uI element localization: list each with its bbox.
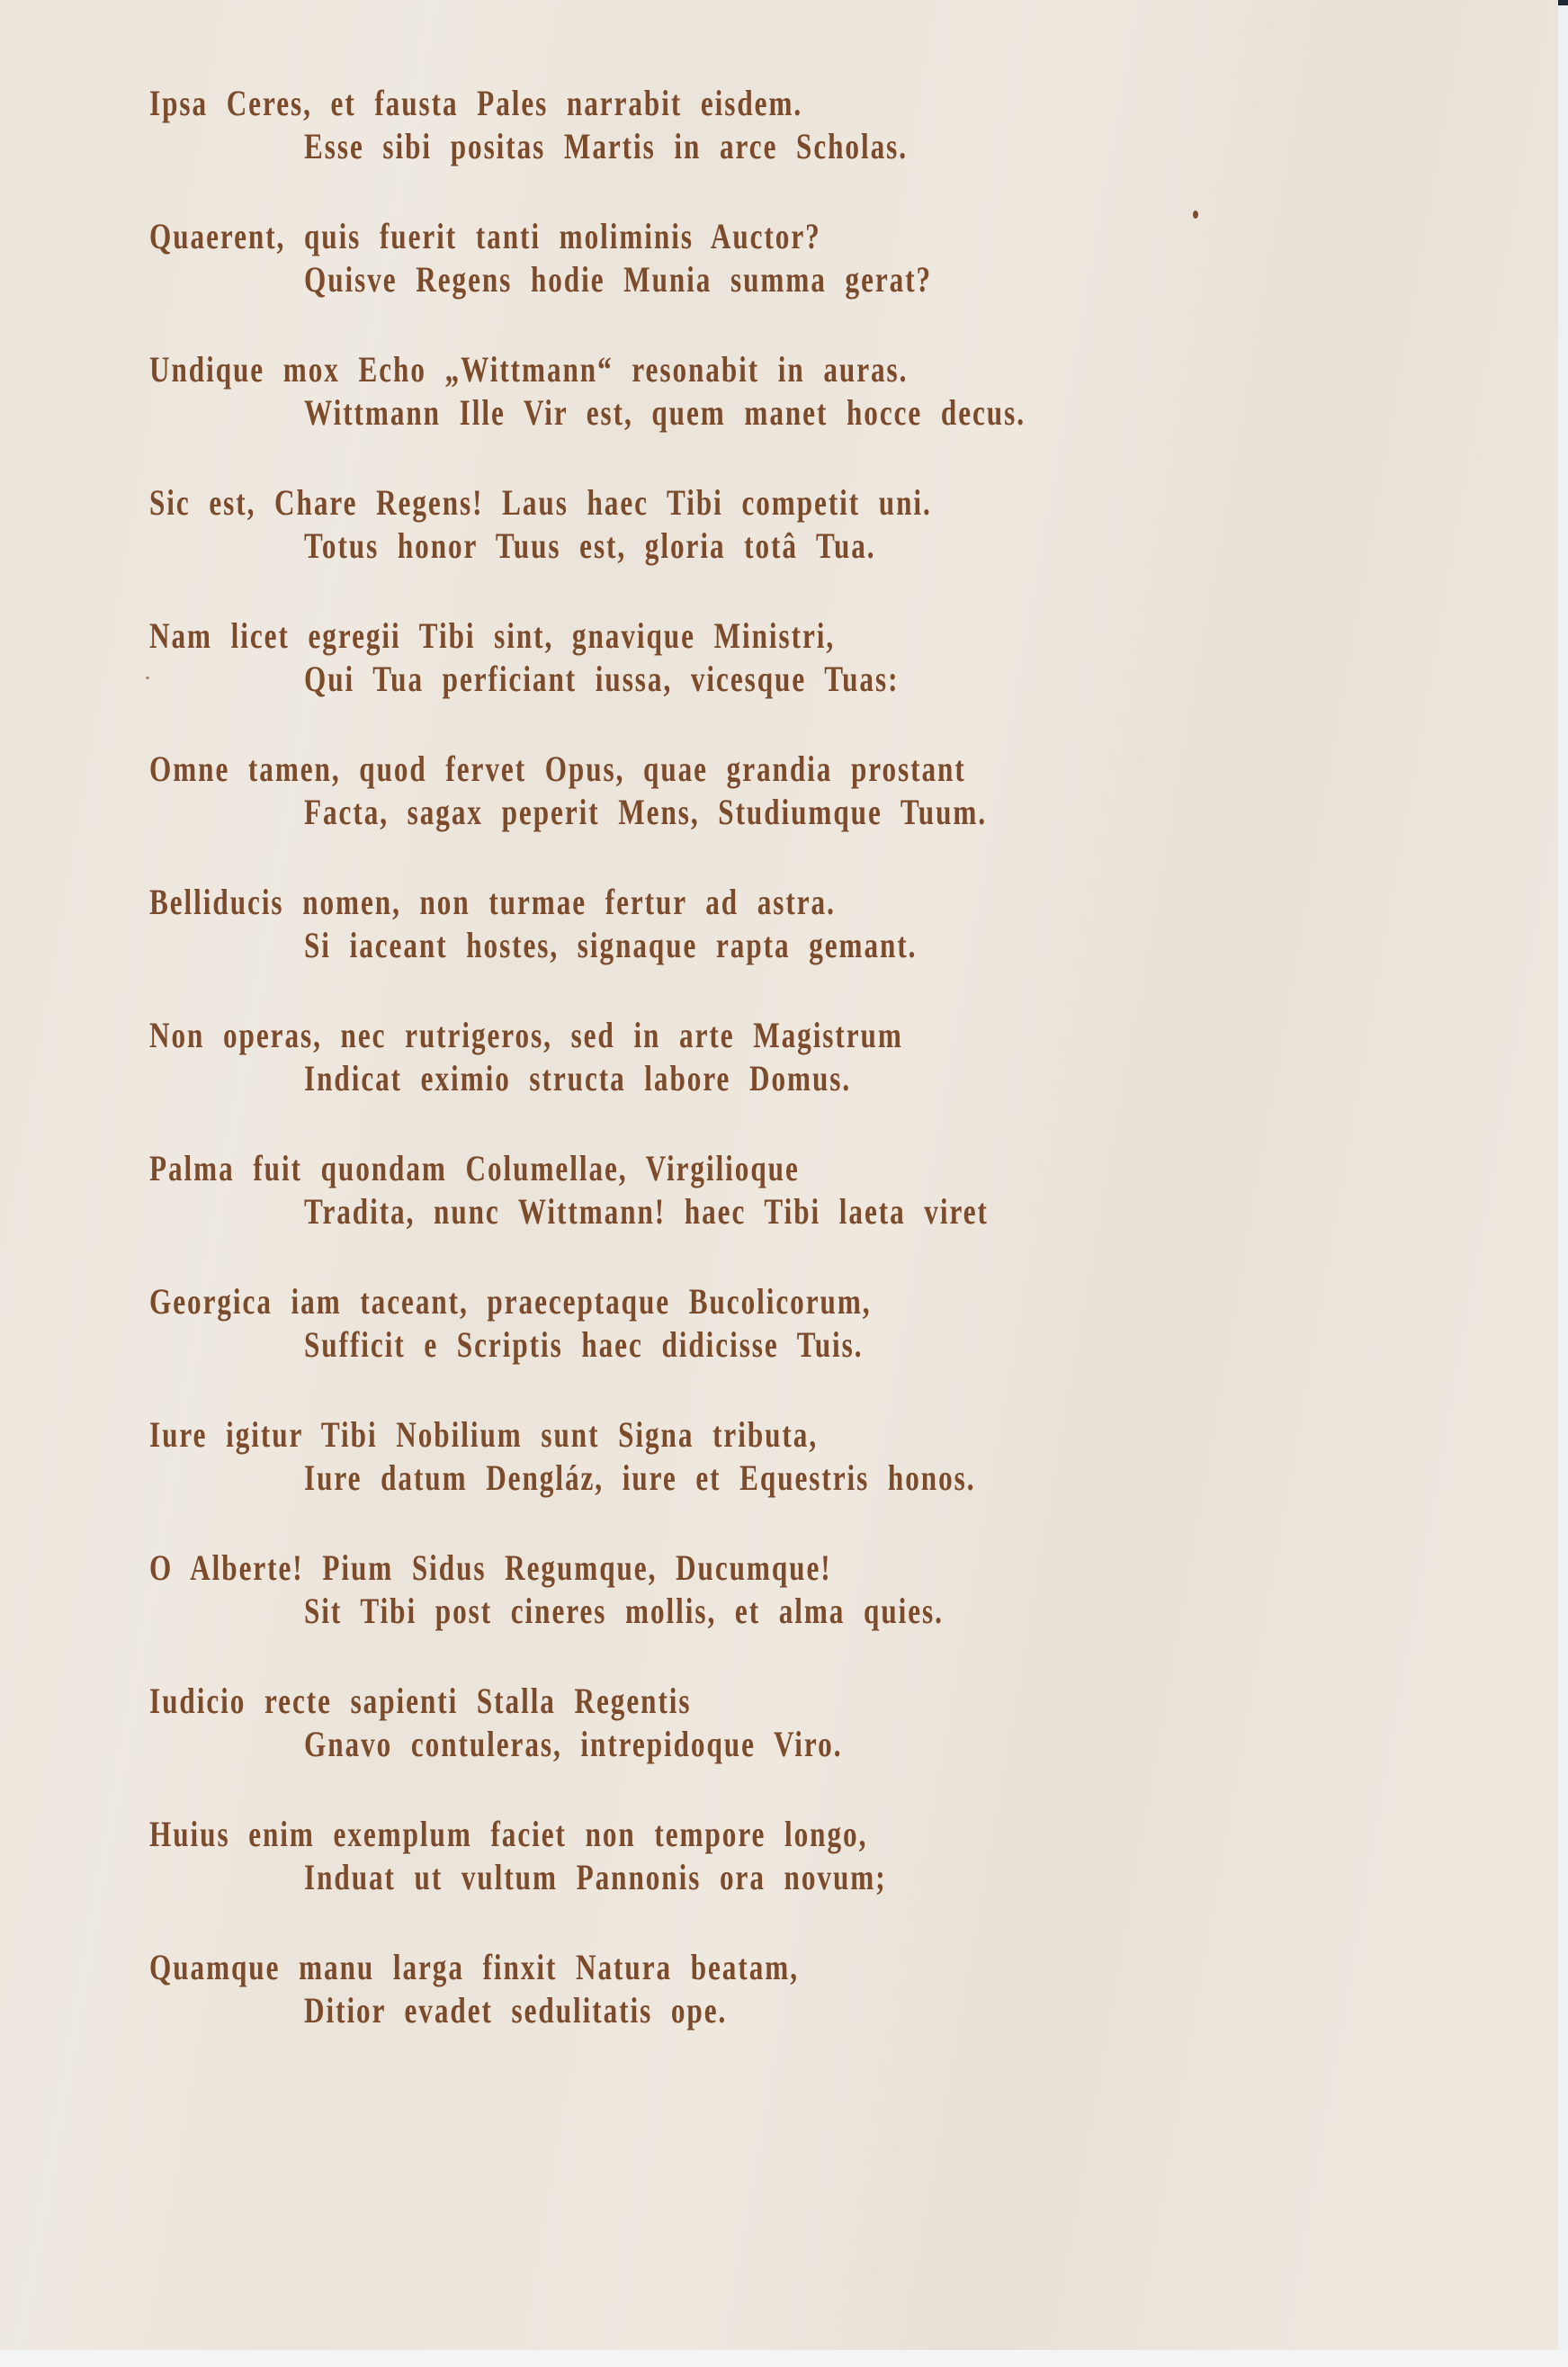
pentameter-line: Quisve Regens hodie Munia summa gerat?	[304, 262, 932, 298]
hexameter-line: Omne tamen, quod fervet Opus, quae grand…	[149, 751, 966, 787]
hexameter-line: Quamque manu larga finxit Natura beatam,	[149, 1950, 799, 1986]
pentameter-line: Totus honor Tuus est, gloria totâ Tua.	[304, 528, 876, 564]
pentameter-line: Gnavo contuleras, intrepidoque Viro.	[304, 1726, 842, 1762]
couplet: Georgica iam taceant, praeceptaque Bucol…	[0, 1284, 1558, 1383]
couplet: Palma fuit quondam Columellae, Virgilioq…	[0, 1151, 1558, 1250]
pentameter-line: Facta, sagax peperit Mens, Studiumque Tu…	[304, 794, 987, 830]
hexameter-line: Ipsa Ceres, et fausta Pales narrabit eis…	[149, 85, 802, 121]
pentameter-line: Qui Tua perficiant iussa, vicesque Tuas:	[304, 661, 899, 697]
hexameter-line: Undique mox Echo „Wittmann“ resonabit in…	[149, 352, 908, 388]
couplet: Iure igitur Tibi Nobilium sunt Signa tri…	[0, 1417, 1558, 1516]
hexameter-line: Palma fuit quondam Columellae, Virgilioq…	[149, 1151, 800, 1187]
hexameter-line: Iudicio recte sapienti Stalla Regentis	[149, 1683, 692, 1719]
pentameter-line: Tradita, nunc Wittmann! haec Tibi laeta …	[304, 1194, 989, 1230]
ink-speck	[146, 677, 149, 679]
pentameter-line: Si iaceant hostes, signaque rapta gemant…	[304, 928, 917, 964]
couplet: O Alberte! Pium Sidus Regumque, Ducumque…	[0, 1550, 1558, 1649]
couplet: Iudicio recte sapienti Stalla Regentis G…	[0, 1683, 1558, 1782]
pentameter-line: Indicat eximio structa labore Domus.	[304, 1061, 851, 1097]
hexameter-line: Georgica iam taceant, praeceptaque Bucol…	[149, 1284, 872, 1320]
couplet: Undique mox Echo „Wittmann“ resonabit in…	[0, 352, 1558, 451]
pentameter-line: Induat ut vultum Pannonis ora novum;	[304, 1860, 887, 1896]
hexameter-line: O Alberte! Pium Sidus Regumque, Ducumque…	[149, 1550, 832, 1586]
hexameter-line: Belliducis nomen, non turmae fertur ad a…	[149, 884, 836, 920]
poem-body: Ipsa Ceres, et fausta Pales narrabit eis…	[0, 0, 1558, 2350]
hexameter-line: Huius enim exemplum faciet non tempore l…	[149, 1816, 867, 1852]
couplet: Sic est, Chare Regens! Laus haec Tibi co…	[0, 485, 1558, 584]
hexameter-line: Iure igitur Tibi Nobilium sunt Signa tri…	[149, 1417, 818, 1453]
scan-margin-right	[1558, 5, 1568, 2367]
couplet: Quaerent, quis fuerit tanti moliminis Au…	[0, 219, 1558, 318]
pentameter-line: Ditior evadet sedulitatis ope.	[304, 1993, 727, 2029]
couplet: Omne tamen, quod fervet Opus, quae grand…	[0, 751, 1558, 850]
hexameter-line: Sic est, Chare Regens! Laus haec Tibi co…	[149, 485, 932, 521]
couplet: Huius enim exemplum faciet non tempore l…	[0, 1816, 1558, 1915]
couplet: Quamque manu larga finxit Natura beatam,…	[0, 1950, 1558, 2049]
couplet: Nam licet egregii Tibi sint, gnavique Mi…	[0, 618, 1558, 717]
pentameter-line: Esse sibi positas Martis in arce Scholas…	[304, 129, 908, 165]
couplet: Belliducis nomen, non turmae fertur ad a…	[0, 884, 1558, 983]
hexameter-line: Nam licet egregii Tibi sint, gnavique Mi…	[149, 618, 835, 654]
pentameter-line: Sufficit e Scriptis haec didicisse Tuis.	[304, 1327, 863, 1363]
couplet: Non operas, nec rutrigeros, sed in arte …	[0, 1018, 1558, 1116]
pentameter-line: Iure datum Dengláz, iure et Equestris ho…	[304, 1460, 975, 1496]
couplet: Ipsa Ceres, et fausta Pales narrabit eis…	[0, 85, 1558, 184]
pentameter-line: Sit Tibi post cineres mollis, et alma qu…	[304, 1593, 944, 1629]
ink-speck	[1193, 211, 1198, 219]
scan-margin-bottom	[0, 2350, 1568, 2367]
hexameter-line: Non operas, nec rutrigeros, sed in arte …	[149, 1018, 903, 1053]
pentameter-line: Wittmann Ille Vir est, quem manet hocce …	[304, 395, 1026, 431]
hexameter-line: Quaerent, quis fuerit tanti moliminis Au…	[149, 219, 821, 255]
